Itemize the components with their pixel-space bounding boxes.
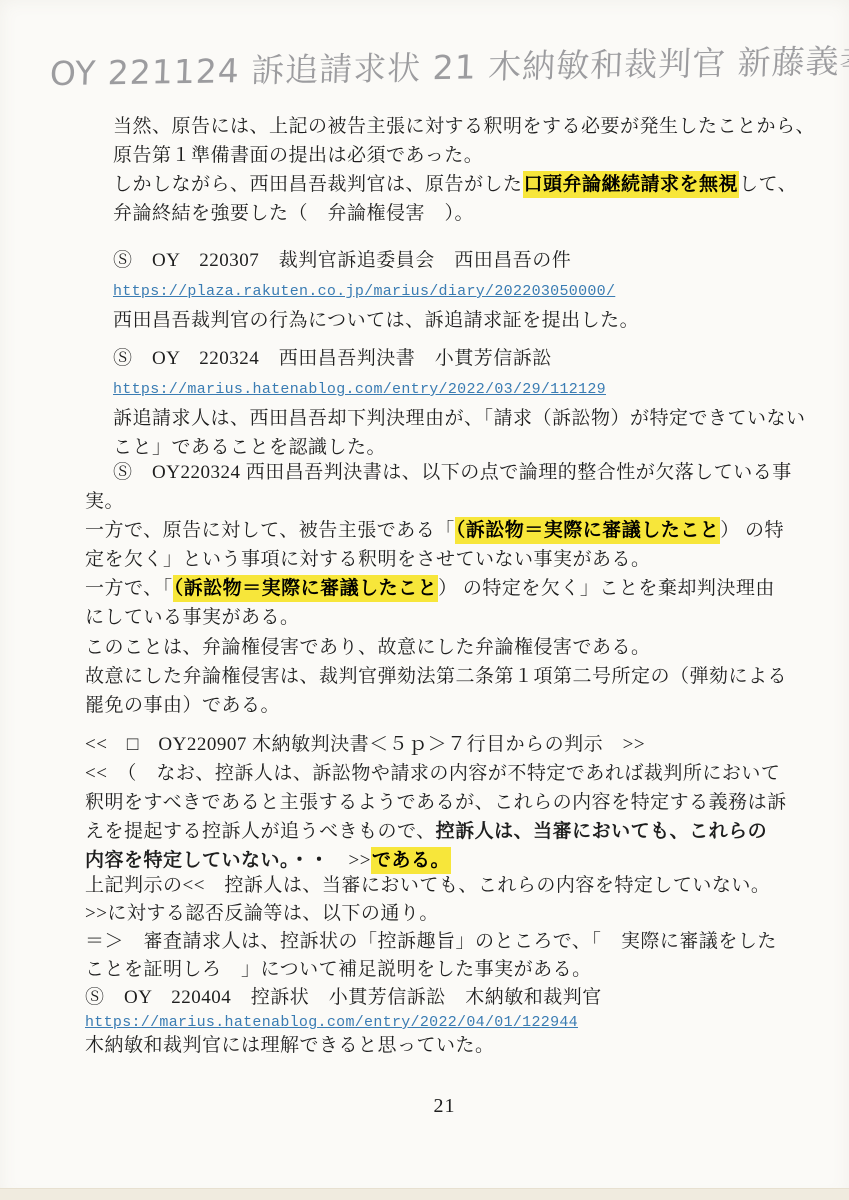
text-line: >>に対する認否反論等は、以下の通り。 xyxy=(0,900,849,928)
text-run: して、 xyxy=(739,174,797,195)
text-line: しかしながら、西田昌吾裁判官は、原告がした口頭弁論継続請求を無視して、 xyxy=(0,170,849,199)
text-run: 上記判示の<< 控訴人は、当審においても、これらの内容を特定していない。 xyxy=(85,875,770,896)
section-heading: Ⓢ OY220324 西田昌吾判決書は、以下の点で論理的整合性が欠落している事 xyxy=(0,458,849,487)
text-line: ことを証明しろ 」について補足説明をした事実がある。 xyxy=(0,956,849,984)
section-heading: Ⓢ OY 220324 西田昌吾判決書 小貫芳信訴訟 xyxy=(0,344,849,373)
highlight-subject-matter-2: （訴訟物＝実際に審議したこと xyxy=(173,575,439,602)
section-heading: Ⓢ OY 220307 裁判官訴追委員会 西田昌吾の件 xyxy=(0,246,849,275)
page-number: 21 xyxy=(0,1095,849,1118)
paragraph-complaint: 当然、原告には、上記の被告主張に対する釈明をする必要が発生したことから、 原告第… xyxy=(0,112,849,228)
highlight-subject-matter-1: （訴訟物＝実際に審議したこと xyxy=(455,517,721,544)
text-run: えを提起する控訴人が追うべきもので、 xyxy=(85,821,436,842)
quote-heading: << □ OY220907 木納敏判決書＜５ｐ＞７行目からの判示 >> xyxy=(0,730,849,759)
text-line: 実。 xyxy=(0,487,849,516)
highlight-oral-argument: 口頭弁論継続請求を無視 xyxy=(523,171,740,198)
url-link-hatenablog-122944[interactable]: https://marius.hatenablog.com/entry/2022… xyxy=(85,1014,578,1031)
text-run: 木納敏和裁判官には理解できると思っていた。 xyxy=(85,1035,495,1056)
text-run: Ⓢ OY 220307 裁判官訴追委員会 西田昌吾の件 xyxy=(113,250,571,271)
text-run: こと」であることを認識した。 xyxy=(113,437,386,458)
text-run: Ⓢ OY 220404 控訴状 小貫芳信訴訟 木納敏和裁判官 xyxy=(85,987,602,1008)
section-220307: Ⓢ OY 220307 裁判官訴追委員会 西田昌吾の件 https://plaz… xyxy=(0,246,849,335)
bold-run: 内容を特定していない。・・ xyxy=(85,850,329,871)
text-run: 一方で、原告に対して、被告主張である「 xyxy=(85,520,455,541)
bold-run: 控訴人は、当審においても、これらの xyxy=(436,821,768,842)
text-run: 一方で、「 xyxy=(85,578,173,599)
text-run: Ⓢ OY 220324 西田昌吾判決書 小貫芳信訴訟 xyxy=(113,348,552,369)
text-line: 一方で、原告に対して、被告主張である「（訴訟物＝実際に審議したこと） の特 xyxy=(0,516,849,545)
text-line: << （ なお、控訴人は、訴訟物や請求の内容が不特定であれば裁判所において xyxy=(0,759,849,788)
scan-edge xyxy=(0,1188,849,1200)
section-quoted-ruling: << □ OY220907 木納敏判決書＜５ｐ＞７行目からの判示 >> << （… xyxy=(0,730,849,875)
text-run: >>に対する認否反論等は、以下の通り。 xyxy=(85,903,439,924)
text-line: 一方で、「（訴訟物＝実際に審議したこと） の特定を欠く」ことを棄却判決理由 xyxy=(0,574,849,603)
text-line: 西田昌吾裁判官の行為については、訴追請求証を提出した。 xyxy=(0,306,849,335)
text-line: このことは、弁論権侵害であり、故意にした弁論権侵害である。 xyxy=(0,633,849,662)
section-logic-defect: Ⓢ OY220324 西田昌吾判決書は、以下の点で論理的整合性が欠落している事 … xyxy=(0,458,849,632)
text-line: 故意にした弁論権侵害は、裁判官弾劾法第二条第１項第二号所定の（弾劾による xyxy=(0,662,849,691)
text-line: 弁論終結を強要した（ 弁論権侵害 ）。 xyxy=(0,199,849,228)
text-line: 原告第１準備書面の提出は必須であった。 xyxy=(0,141,849,170)
text-line: 釈明をすべきであると主張するようであるが、これらの内容を特定する義務は訴 xyxy=(0,788,849,817)
text-run: 当然、原告には、上記の被告主張に対する釈明をする必要が発生したことから、 xyxy=(113,116,815,137)
text-run: 訴追請求人は、西田昌吾却下判決理由が、「請求（訴訟物）が特定できていない xyxy=(113,408,806,429)
text-line: 当然、原告には、上記の被告主張に対する釈明をする必要が発生したことから、 xyxy=(0,112,849,141)
text-run: ） の特 xyxy=(720,520,784,541)
text-run: << □ OY220907 木納敏判決書＜５ｐ＞７行目からの判示 >> xyxy=(85,734,645,755)
text-run: 弁論終結を強要した（ 弁論権侵害 ）。 xyxy=(113,203,474,224)
text-run: Ⓢ OY220324 西田昌吾判決書は、以下の点で論理的整合性が欠落している事 xyxy=(113,462,792,483)
text-line: にしている事実がある。 xyxy=(0,603,849,632)
text-run: 故意にした弁論権侵害は、裁判官弾劾法第二条第１項第二号所定の（弾劾による xyxy=(85,666,787,687)
text-run: 原告第１準備書面の提出は必須であった。 xyxy=(113,145,483,166)
section-220324-judgment: Ⓢ OY 220324 西田昌吾判決書 小貫芳信訴訟 https://mariu… xyxy=(0,344,849,462)
text-run: 罷免の事由）である。 xyxy=(85,695,280,716)
text-line: https://plaza.rakuten.co.jp/marius/diary… xyxy=(0,275,849,306)
text-run: 定を欠く」という事項に対する釈明をさせていない事実がある。 xyxy=(85,549,651,570)
text-run: しかしながら、西田昌吾裁判官は、原告がした xyxy=(113,174,523,195)
text-run: 釈明をすべきであると主張するようであるが、これらの内容を特定する義務は訴 xyxy=(85,792,787,813)
text-line: ＝＞ 審査請求人は、控訴状の「控訴趣旨」のところで、「 実際に審議をした xyxy=(0,928,849,956)
handwritten-title: OY 221124 訴追請求状 21 木納敏和裁判官 新藤義孝議員 xyxy=(49,36,831,95)
highlight-dearu: である。 xyxy=(371,847,451,874)
text-line: 罷免の事由）である。 xyxy=(0,691,849,720)
text-line: 上記判示の<< 控訴人は、当審においても、これらの内容を特定していない。 xyxy=(0,872,849,900)
section-rebuttal: 上記判示の<< 控訴人は、当審においても、これらの内容を特定していない。 >>に… xyxy=(0,872,849,1060)
text-run: ） の特定を欠く」ことを棄却判決理由 xyxy=(438,578,775,599)
text-line: 定を欠く」という事項に対する釈明をさせていない事実がある。 xyxy=(0,545,849,574)
text-line: 訴追請求人は、西田昌吾却下判決理由が、「請求（訴訟物）が特定できていない xyxy=(0,404,849,433)
text-run: 実。 xyxy=(85,491,124,512)
text-run: 西田昌吾裁判官の行為については、訴追請求証を提出した。 xyxy=(113,310,639,331)
url-link-rakuten-diary[interactable]: https://plaza.rakuten.co.jp/marius/diary… xyxy=(113,283,615,300)
text-run: >> xyxy=(329,850,371,871)
text-line: https://marius.hatenablog.com/entry/2022… xyxy=(0,373,849,404)
text-run: このことは、弁論権侵害であり、故意にした弁論権侵害である。 xyxy=(85,637,651,658)
section-infringement: このことは、弁論権侵害であり、故意にした弁論権侵害である。 故意にした弁論権侵害… xyxy=(0,633,849,720)
text-run: << （ なお、控訴人は、訴訟物や請求の内容が不特定であれば裁判所において xyxy=(85,763,780,784)
scanned-document-page: OY 221124 訴追請求状 21 木納敏和裁判官 新藤義孝議員 当然、原告に… xyxy=(0,0,849,1200)
text-run: ＝＞ 審査請求人は、控訴状の「控訴趣旨」のところで、「 実際に審議をした xyxy=(85,931,777,952)
url-link-hatenablog-112129[interactable]: https://marius.hatenablog.com/entry/2022… xyxy=(113,381,606,398)
text-line: 木納敏和裁判官には理解できると思っていた。 xyxy=(0,1032,849,1060)
text-run: にしている事実がある。 xyxy=(85,607,300,628)
text-line: えを提起する控訴人が追うべきもので、控訴人は、当審においても、これらの xyxy=(0,817,849,846)
text-line: 内容を特定していない。・・ >>である。 xyxy=(0,846,849,875)
text-run: ことを証明しろ 」について補足説明をした事実がある。 xyxy=(85,959,592,980)
